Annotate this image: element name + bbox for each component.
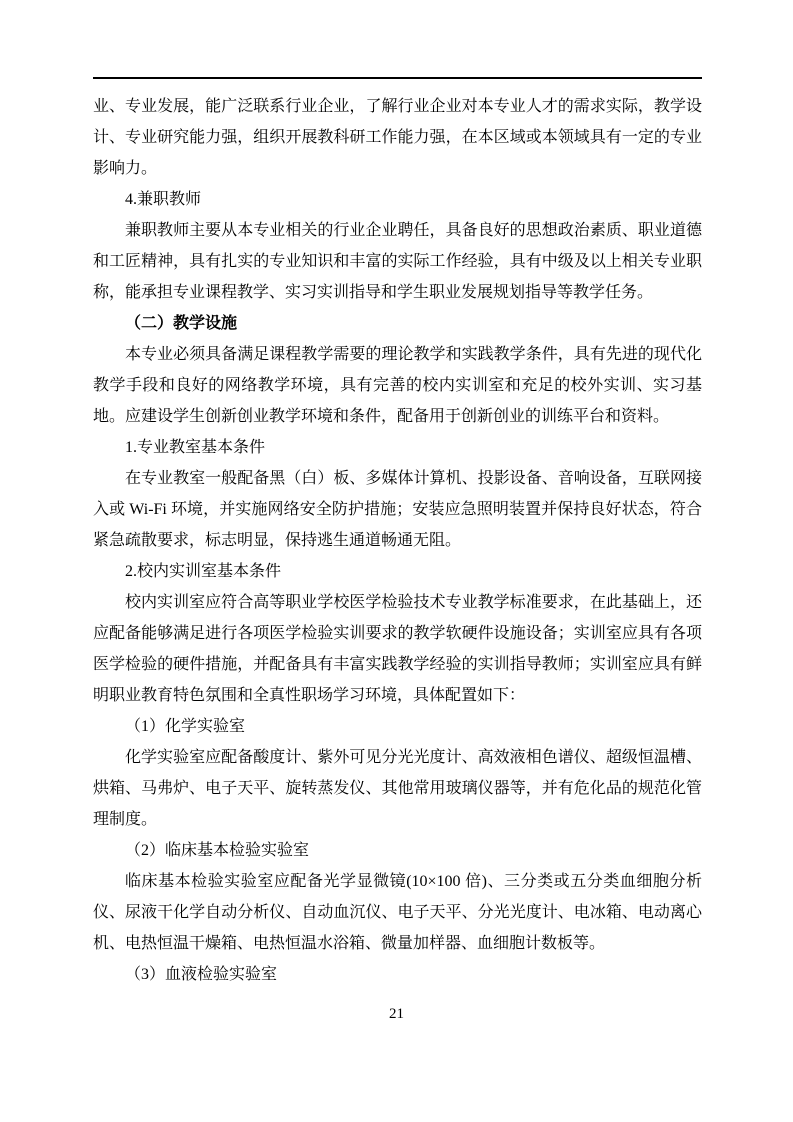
body-paragraph: 本专业必须具备满足课程教学需要的理论教学和实践教学条件，具有先进的现代化教学手段…: [93, 339, 702, 432]
heading-clinical-basic-test-lab: （2）临床基本检验实验室: [93, 835, 702, 866]
body-paragraph-continued: 业、专业发展，能广泛联系行业企业，了解行业企业对本专业人才的需求实际，教学设计、…: [93, 91, 702, 184]
body-paragraph: 校内实训室应符合高等职业学校医学检验技术专业教学标准要求，在此基础上，还应配备能…: [93, 587, 702, 711]
page-number: 21: [0, 1004, 793, 1024]
document-page: 业、专业发展，能广泛联系行业企业，了解行业企业对本专业人才的需求实际，教学设计、…: [0, 0, 793, 1122]
body-paragraph: 化学实验室应配备酸度计、紫外可见分光光度计、高效液相色谱仪、超级恒温槽、烘箱、马…: [93, 742, 702, 835]
heading-chemistry-lab: （1）化学实验室: [93, 711, 702, 742]
heading-teaching-facilities: （二）教学设施: [93, 308, 702, 339]
header-rule: [93, 77, 702, 79]
heading-blood-test-lab: （3）血液检验实验室: [93, 959, 702, 990]
body-paragraph: 兼职教师主要从本专业相关的行业企业聘任，具备良好的思想政治素质、职业道德和工匠精…: [93, 215, 702, 308]
heading-part-time-teachers: 4.兼职教师: [93, 184, 702, 215]
document-body: 业、专业发展，能广泛联系行业企业，了解行业企业对本专业人才的需求实际，教学设计、…: [93, 91, 702, 990]
heading-training-room-basic-conditions: 2.校内实训室基本条件: [93, 556, 702, 587]
heading-classroom-basic-conditions: 1.专业教室基本条件: [93, 432, 702, 463]
body-paragraph: 临床基本检验实验室应配备光学显微镜(10×100 倍)、三分类或五分类血细胞分析…: [93, 866, 702, 959]
body-paragraph: 在专业教室一般配备黑（白）板、多媒体计算机、投影设备、音响设备，互联网接入或 W…: [93, 463, 702, 556]
